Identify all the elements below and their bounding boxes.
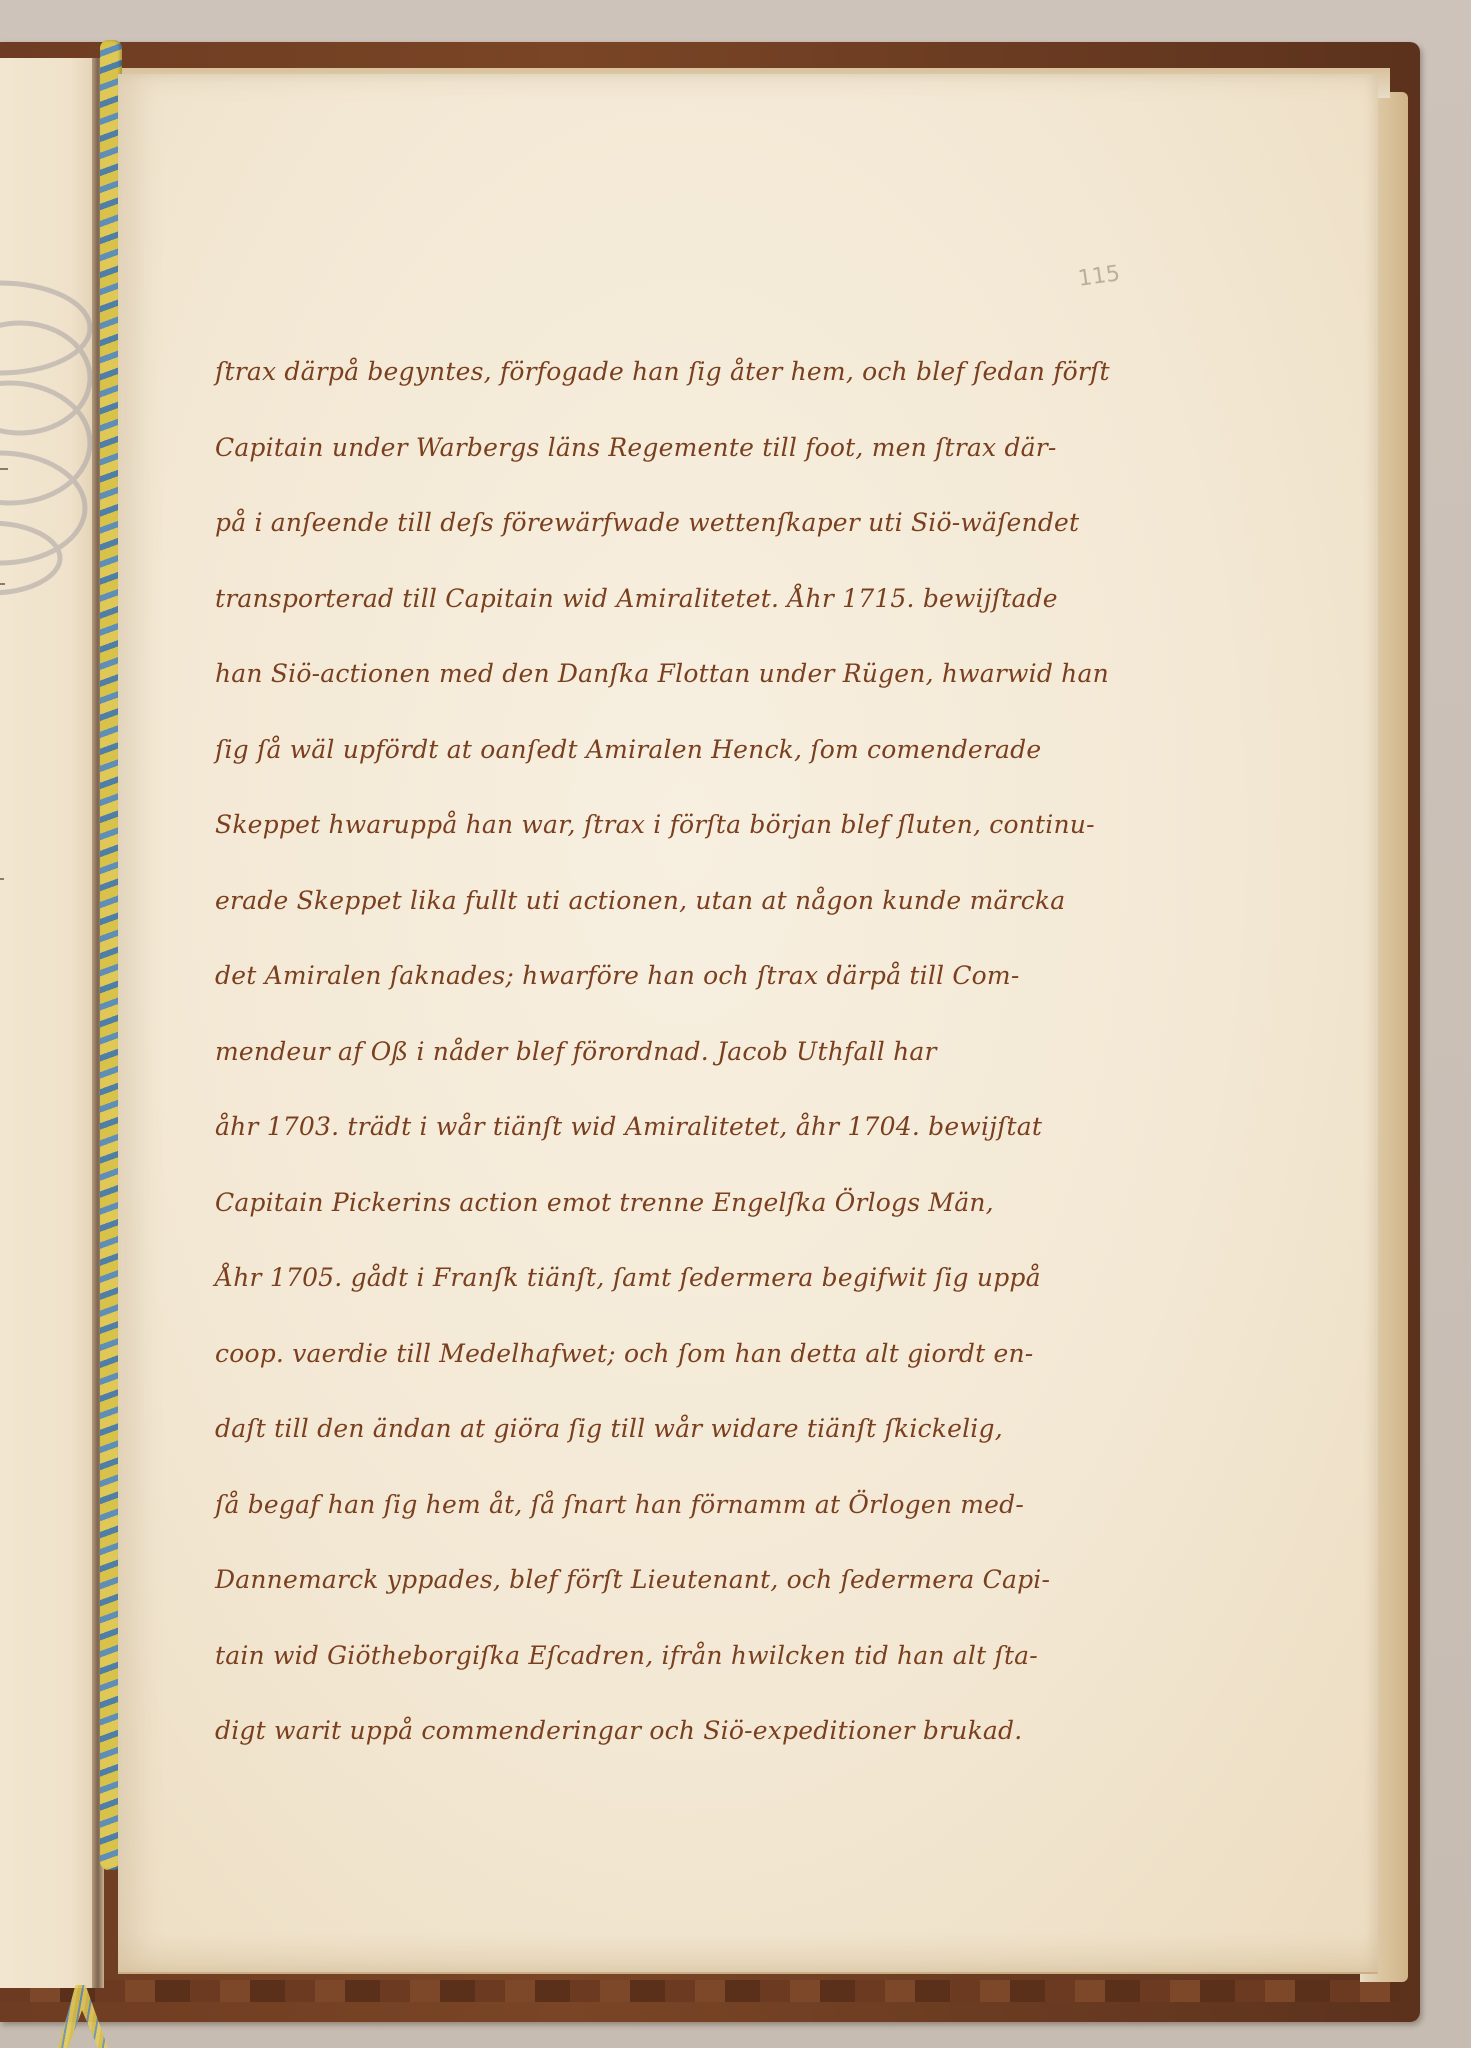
manuscript-text: ſtrax därpå begyntes, förfogade han ſig … bbox=[215, 352, 1235, 1787]
manuscript-line: Skeppet hwaruppå han war, ſtrax i förſta… bbox=[215, 805, 1235, 881]
manuscript-line: på i anſeende till deſs förewärfwade wet… bbox=[215, 503, 1235, 579]
manuscript-line: ſå begaf han ſig hem åt, ſå ſnart han fö… bbox=[215, 1485, 1235, 1561]
manuscript-line: Dannemarck yppades, blef förſt Lieutenan… bbox=[215, 1560, 1235, 1636]
left-page-ink-mark bbox=[0, 583, 5, 585]
manuscript-line: ſig ſå wäl upfördt at oanſedt Amiralen H… bbox=[215, 730, 1235, 806]
manuscript-line: coop. vaerdie till Medelhafwet; och ſom … bbox=[215, 1334, 1235, 1410]
left-page bbox=[0, 58, 100, 1988]
leather-cover-bottom-edge bbox=[0, 1980, 1400, 2002]
manuscript-line: ſtrax därpå begyntes, förfogade han ſig … bbox=[215, 352, 1235, 428]
manuscript-line: han Siö-actionen med den Danſka Flottan … bbox=[215, 654, 1235, 730]
manuscript-line: erade Skeppet lika fullt uti actionen, u… bbox=[215, 881, 1235, 957]
manuscript-line: Åhr 1705. gådt i Franſk tiänſt, ſamt ſed… bbox=[215, 1258, 1235, 1334]
manuscript-line: digt warit uppå commenderingar och Siö-e… bbox=[215, 1711, 1235, 1787]
manuscript-line: Capitain Pickerins action emot trenne En… bbox=[215, 1183, 1235, 1259]
manuscript-line: det Amiralen ſaknades; hwarföre han och … bbox=[215, 956, 1235, 1032]
left-page-ink-mark bbox=[0, 878, 4, 880]
folio-number: 115 bbox=[1076, 261, 1121, 292]
manuscript-line: tain wid Giötheborgiſka Eſcadren, ifrån … bbox=[215, 1636, 1235, 1712]
left-page-ink-mark bbox=[0, 468, 8, 470]
manuscript-line: mendeur af Oß i nåder blef förordnad. Ja… bbox=[215, 1032, 1235, 1108]
manuscript-line: transporterad till Capitain wid Amiralit… bbox=[215, 579, 1235, 655]
manuscript-line: daſt till den ändan at giöra ſig till wå… bbox=[215, 1409, 1235, 1485]
manuscript-line: Capitain under Warbergs läns Regemente t… bbox=[215, 428, 1235, 504]
manuscript-line: åhr 1703. trädt i wår tiänſt wid Amirali… bbox=[215, 1107, 1235, 1183]
